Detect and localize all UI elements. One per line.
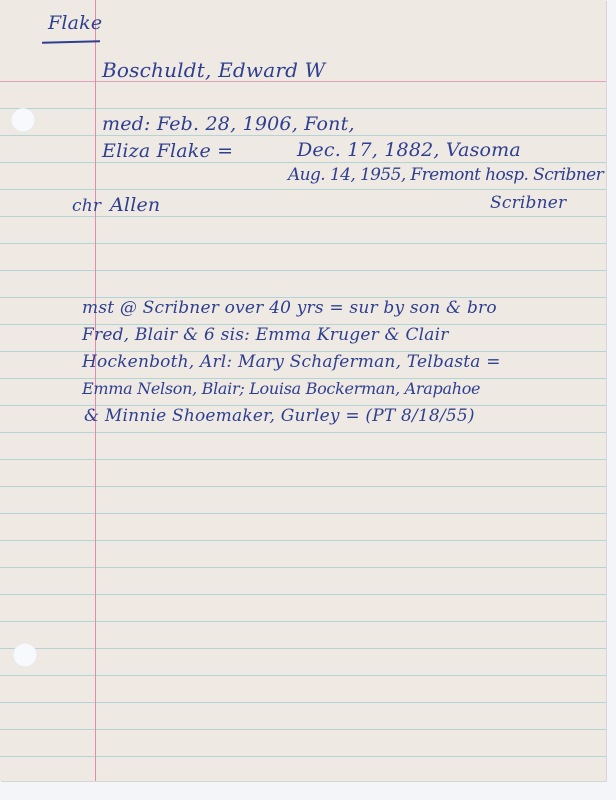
spouse-birth: Dec. 17, 1882, Vasoma [297, 139, 521, 161]
rule-line [0, 135, 606, 136]
rule-line [0, 216, 606, 217]
rule-line [0, 648, 606, 649]
rule-line [0, 432, 606, 433]
rule-line [0, 243, 606, 244]
surname-underline [42, 40, 100, 43]
note-line-4: Emma Nelson, Blair; Louisa Bockerman, Ar… [82, 379, 480, 398]
rule-line [0, 270, 606, 271]
rule-line [0, 621, 606, 622]
spouse-label: Eliza Flake = [102, 140, 233, 162]
rule-line [0, 729, 606, 730]
punch-hole-bottom [13, 643, 37, 667]
rule-line [0, 162, 606, 163]
children-label: chr [72, 196, 101, 216]
rule-line [0, 567, 606, 568]
rule-line [0, 459, 606, 460]
rule-line [0, 189, 606, 190]
rule-line [0, 486, 606, 487]
surname-heading: Flake [48, 12, 102, 34]
entry-name: Boschuldt, Edward W [102, 58, 325, 82]
punch-hole-top [11, 108, 35, 132]
scanned-page: Flake Boschuldt, Edward W med: Feb. 28, … [0, 0, 616, 800]
marriage-line: med: Feb. 28, 1906, Font, [102, 113, 355, 135]
notebook-paper: Flake Boschuldt, Edward W med: Feb. 28, … [0, 0, 606, 781]
note-line-5: & Minnie Shoemaker, Gurley = (PT 8/18/55… [84, 406, 475, 426]
rule-line [0, 594, 606, 595]
children-names: Allen [110, 194, 160, 216]
note-line-3: Hockenboth, Arl: Mary Schaferman, Telbas… [82, 352, 501, 372]
note-line-1: mst @ Scribner over 40 yrs = sur by son … [82, 298, 497, 318]
rule-line [0, 108, 606, 109]
note-line-2: Fred, Blair & 6 sis: Emma Kruger & Clair [82, 325, 449, 345]
rule-line [0, 756, 606, 757]
rule-line [0, 540, 606, 541]
rule-line [0, 513, 606, 514]
burial-place: Scribner [490, 193, 566, 213]
rule-line [0, 702, 606, 703]
rule-line [0, 675, 606, 676]
spouse-death: Aug. 14, 1955, Fremont hosp. Scribner [288, 165, 603, 185]
